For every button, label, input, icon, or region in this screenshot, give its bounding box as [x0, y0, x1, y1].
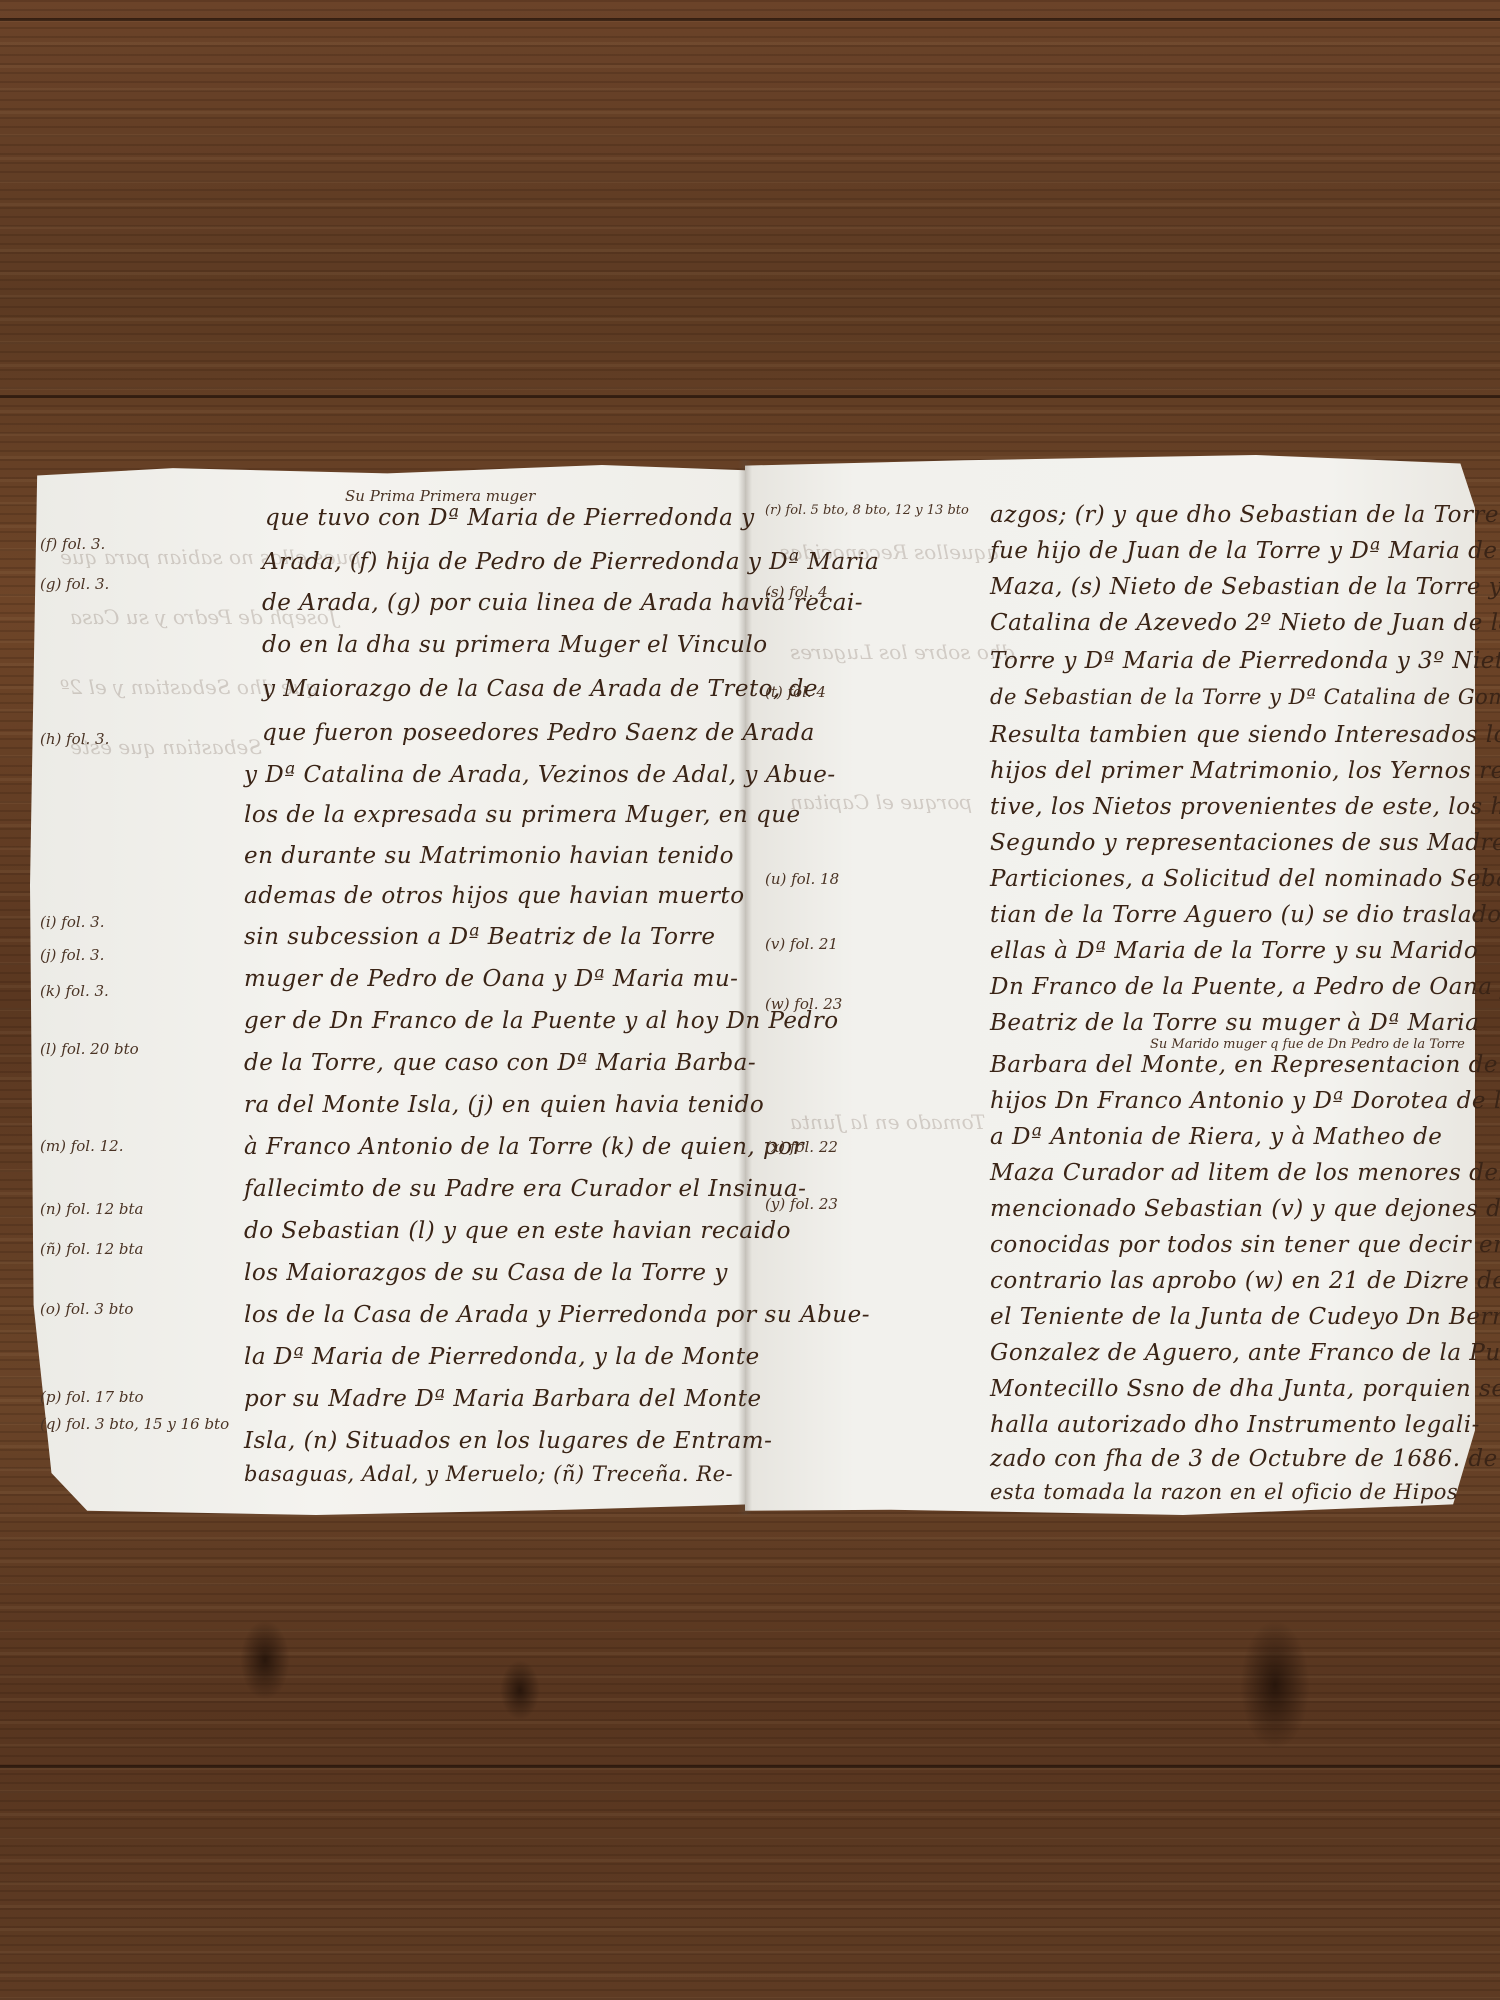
margin-note: (v) fol. 21	[765, 935, 838, 953]
manuscript-line: el Teniente de la Junta de Cudeyo Dn Ber…	[990, 1304, 1500, 1330]
manuscript-line: a Dª Antonia de Riera, y à Matheo de	[990, 1124, 1442, 1150]
manuscript-line: zado con fha de 3 de Octubre de 1686. de…	[990, 1446, 1500, 1472]
wood-knot	[500, 1660, 540, 1720]
manuscript-line: tive, los Nietos provenientes de este, l…	[990, 794, 1500, 820]
manuscript-line: mencionado Sebastian (v) y que dejones d…	[990, 1196, 1500, 1222]
manuscript-line: contrario las aprobo (w) en 21 de Dizre …	[990, 1268, 1500, 1294]
manuscript-line: ger de Dn Franco de la Puente y al hoy D…	[244, 1008, 839, 1034]
wood-knot	[1240, 1620, 1310, 1750]
margin-note: (q) fol. 3 bto, 15 y 16 bto	[40, 1415, 229, 1433]
margin-note: (r) fol. 5 bto, 8 bto, 12 y 13 bto	[765, 503, 969, 518]
manuscript-line: do en la dha su primera Muger el Vinculo	[262, 632, 768, 658]
margin-note: (s) fol. 4	[765, 583, 828, 601]
margin-note: (h) fol. 3.	[40, 730, 109, 748]
manuscript-line: Beatriz de la Torre su muger à Dª Maria	[990, 1010, 1479, 1036]
manuscript-line: Maza Curador ad litem de los menores del	[990, 1160, 1500, 1186]
manuscript-line: Resulta tambien que siendo Interesados l…	[990, 722, 1500, 748]
manuscript-line: Arada, (f) hija de Pedro de Pierredonda …	[262, 549, 879, 575]
interlinear-note: Su Prima Primera muger	[345, 487, 535, 505]
manuscript-line: fallecimto de su Padre era Curador el In…	[244, 1176, 806, 1202]
margin-note: (l) fol. 20 bto	[40, 1040, 139, 1058]
manuscript-line: halla autorizado dho Instrumento legali-	[990, 1412, 1480, 1438]
margin-note: (f) fol. 3.	[40, 535, 105, 553]
manuscript-line: muger de Pedro de Oana y Dª Maria mu-	[244, 966, 738, 992]
manuscript-line: Catalina de Azevedo 2º Nieto de Juan de …	[990, 610, 1500, 636]
manuscript-line: en durante su Matrimonio havian tenido	[244, 843, 734, 869]
wood-plank-seam	[0, 18, 1500, 21]
bleed-through-text: Tomado en la Junta	[790, 1110, 985, 1134]
margin-note: (m) fol. 12.	[40, 1137, 123, 1155]
bleed-through-text: porque el Capitan	[790, 790, 972, 814]
margin-note: (y) fol. 23	[765, 1195, 838, 1213]
manuscript-line: por su Madre Dª Maria Barbara del Monte	[244, 1386, 762, 1412]
manuscript-line: y Dª Catalina de Arada, Vezinos de Adal,…	[244, 762, 836, 788]
margin-note: (k) fol. 3.	[40, 982, 109, 1000]
manuscript-line: Gonzalez de Aguero, ante Franco de la Pu…	[990, 1340, 1500, 1366]
manuscript-line: tian de la Torre Aguero (u) se dio trasl…	[990, 902, 1500, 928]
manuscript-line: de Sebastian de la Torre y Dª Catalina d…	[990, 685, 1500, 709]
manuscript-line: Maza, (s) Nieto de Sebastian de la Torre…	[990, 574, 1500, 600]
margin-note: (n) fol. 12 bta	[40, 1200, 143, 1218]
manuscript-line: fue hijo de Juan de la Torre y Dª Maria …	[990, 538, 1500, 564]
wood-knot	[240, 1620, 290, 1700]
manuscript-line: la Dª Maria de Pierredonda, y la de Mont…	[244, 1344, 760, 1370]
manuscript-line: Torre y Dª Maria de Pierredonda y 3º Nie…	[990, 648, 1500, 674]
manuscript-line: que tuvo con Dª Maria de Pierredonda y	[265, 505, 755, 531]
manuscript-line: Montecillo Ssno de dha Junta, porquien s…	[990, 1376, 1500, 1402]
margin-note: (u) fol. 18	[765, 870, 839, 888]
margin-note: (x) fol. 22	[765, 1138, 838, 1156]
margin-note: (ñ) fol. 12 bta	[40, 1240, 143, 1258]
manuscript-line: à Franco Antonio de la Torre (k) de quie…	[244, 1134, 804, 1160]
manuscript-line: los Maiorazgos de su Casa de la Torre y	[244, 1260, 728, 1286]
manuscript-line: conocidas por todos sin tener que decir …	[990, 1232, 1500, 1258]
manuscript-line: hijos Dn Franco Antonio y Dª Dorotea de …	[990, 1088, 1500, 1114]
wood-plank-seam	[0, 1765, 1500, 1768]
manuscript-line: sin subcession a Dª Beatriz de la Torre	[244, 924, 716, 950]
margin-note: (t) fol. 4	[765, 683, 826, 701]
manuscript-line: los de la expresada su primera Muger, en…	[244, 802, 801, 828]
manuscript-line: Isla, (n) Situados en los lugares de Ent…	[244, 1428, 772, 1454]
margin-note: (p) fol. 17 bto	[40, 1388, 144, 1406]
margin-note: (o) fol. 3 bto	[40, 1300, 133, 1318]
manuscript-line: que fueron poseedores Pedro Saenz de Ara…	[262, 720, 815, 746]
bleed-through-text: dho sobre los Lugares	[790, 640, 1015, 664]
manuscript-line: basaguas, Adal, y Meruelo; (ñ) Treceña. …	[244, 1462, 733, 1486]
margin-note: (g) fol. 3.	[40, 575, 109, 593]
manuscript-line: Dn Franco de la Puente, a Pedro de Oana …	[990, 974, 1500, 1000]
interlinear-note: Su Marido muger q fue de Dn Pedro de la …	[1150, 1037, 1465, 1052]
wood-plank-seam	[0, 395, 1500, 398]
manuscript-line: hijos del primer Matrimonio, los Yernos …	[990, 758, 1500, 784]
margin-note: (w) fol. 23	[765, 995, 842, 1013]
manuscript-line: do Sebastian (l) y que en este havian re…	[244, 1218, 791, 1244]
manuscript-line: esta tomada la razon en el oficio de Hip…	[990, 1480, 1458, 1504]
manuscript-line: ademas de otros hijos que havian muerto	[244, 883, 745, 909]
manuscript-line: Particiones, a Solicitud del nominado Se…	[990, 866, 1500, 892]
manuscript-line: ra del Monte Isla, (j) en quien havia te…	[244, 1092, 764, 1118]
manuscript-line: Barbara del Monte, en Representacion de …	[990, 1052, 1500, 1078]
manuscript-line: los de la Casa de Arada y Pierredonda po…	[244, 1302, 870, 1328]
margin-note: (i) fol. 3.	[40, 913, 105, 931]
manuscript-line: de la Torre, que caso con Dª Maria Barba…	[244, 1050, 756, 1076]
manuscript-line: Segundo y representaciones de sus Madres…	[990, 830, 1500, 856]
manuscript-line: y Maiorazgo de la Casa de Arada de Treto…	[262, 676, 818, 702]
manuscript-line: ellas à Dª Maria de la Torre y su Marido	[990, 938, 1478, 964]
manuscript-line: azgos; (r) y que dho Sebastian de la Tor…	[990, 502, 1499, 528]
margin-note: (j) fol. 3.	[40, 946, 104, 964]
